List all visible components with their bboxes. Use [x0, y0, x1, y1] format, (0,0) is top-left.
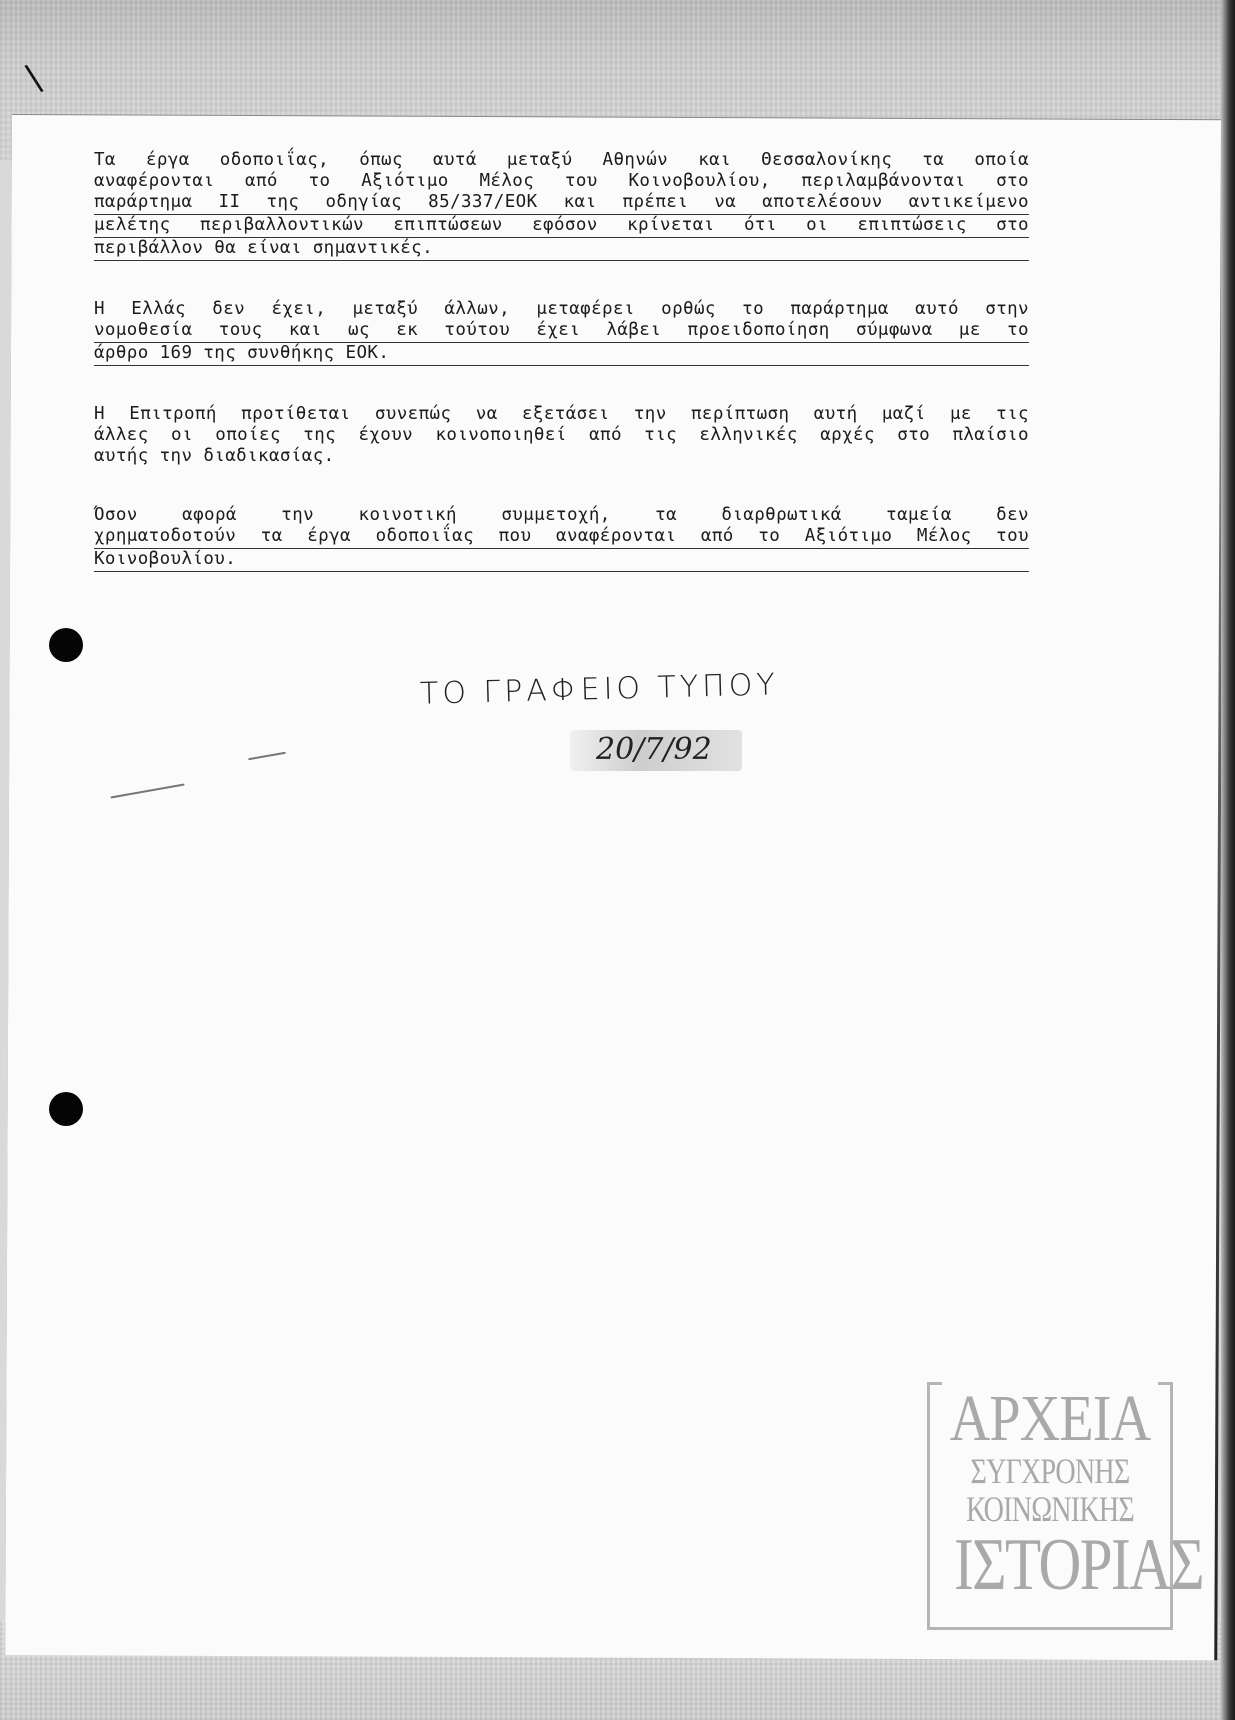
text-line: μελέτης περιβαλλοντικών επιπτώσεων εφόσο…: [94, 215, 1029, 238]
text-line: περιβάλλον θα είναι σημαντικές.: [94, 238, 1029, 261]
archive-stamp: ΑΡΧΕΙΑ ΣΥΓΧΡΟΝΗΣ ΚΟΙΝΩΝΙΚΗΣ ΙΣΤΟΡΙΑΣ: [927, 1382, 1173, 1630]
text-line: Τα έργα οδοποιΐας, όπως αυτά μεταξύ Αθην…: [94, 150, 1029, 171]
punch-hole: [49, 1092, 83, 1126]
text-line: νομοθεσία τους και ως εκ τούτου έχει λάβ…: [94, 320, 1029, 343]
paragraph: Η Ελλάς δεν έχει, μεταξύ άλλων, μεταφέρε…: [94, 299, 1029, 366]
stamp-line: ΙΣΤΟΡΙΑΣ: [954, 1528, 1146, 1602]
document-body: Τα έργα οδοποιΐας, όπως αυτά μεταξύ Αθην…: [94, 150, 1029, 610]
text-line: Η Ελλάς δεν έχει, μεταξύ άλλων, μεταφέρε…: [94, 299, 1029, 320]
text-line: χρηματοδοτούν τα έργα οδοποιΐας που αναφ…: [94, 526, 1029, 549]
punch-hole: [49, 628, 83, 662]
paragraph: Η Επιτροπή προτίθεται συνεπώς να εξετάσε…: [94, 404, 1029, 467]
text-line: αυτής την διαδικασίας.: [94, 446, 1029, 467]
paragraph: Τα έργα οδοποιΐας, όπως αυτά μεταξύ Αθην…: [94, 150, 1029, 261]
stamp-line: ΣΥΓΧΡΟΝΗΣ: [956, 1452, 1143, 1490]
text-line: άλλες οι οποίες της έχουν κοινοποιηθεί α…: [94, 425, 1029, 446]
handwritten-date: 20/7/92: [570, 730, 742, 771]
stamp-line: ΑΡΧΕΙΑ: [948, 1386, 1152, 1452]
stamp-line: ΚΟΙΝΩΝΙΚΗΣ: [956, 1490, 1143, 1528]
text-line: παράρτημα ΙΙ της οδηγίας 85/337/ΕΟΚ και …: [94, 192, 1029, 215]
text-line: άρθρο 169 της συνθήκης ΕΟΚ.: [94, 343, 1029, 366]
scanner-edge-shadow: [1221, 0, 1235, 1720]
text-line: αναφέρονται από το Αξιότιμο Μέλος του Κο…: [94, 171, 1029, 192]
paragraph: Όσον αφορά την κοινοτική συμμετοχή, τα δ…: [94, 505, 1029, 572]
text-line: Κοινοβουλίου.: [94, 549, 1029, 572]
text-line: Η Επιτροπή προτίθεται συνεπώς να εξετάσε…: [94, 404, 1029, 425]
stamp-rule: [930, 1382, 942, 1385]
text-line: Όσον αφορά την κοινοτική συμμετοχή, τα δ…: [94, 505, 1029, 526]
stamp-rule: [1158, 1382, 1170, 1385]
